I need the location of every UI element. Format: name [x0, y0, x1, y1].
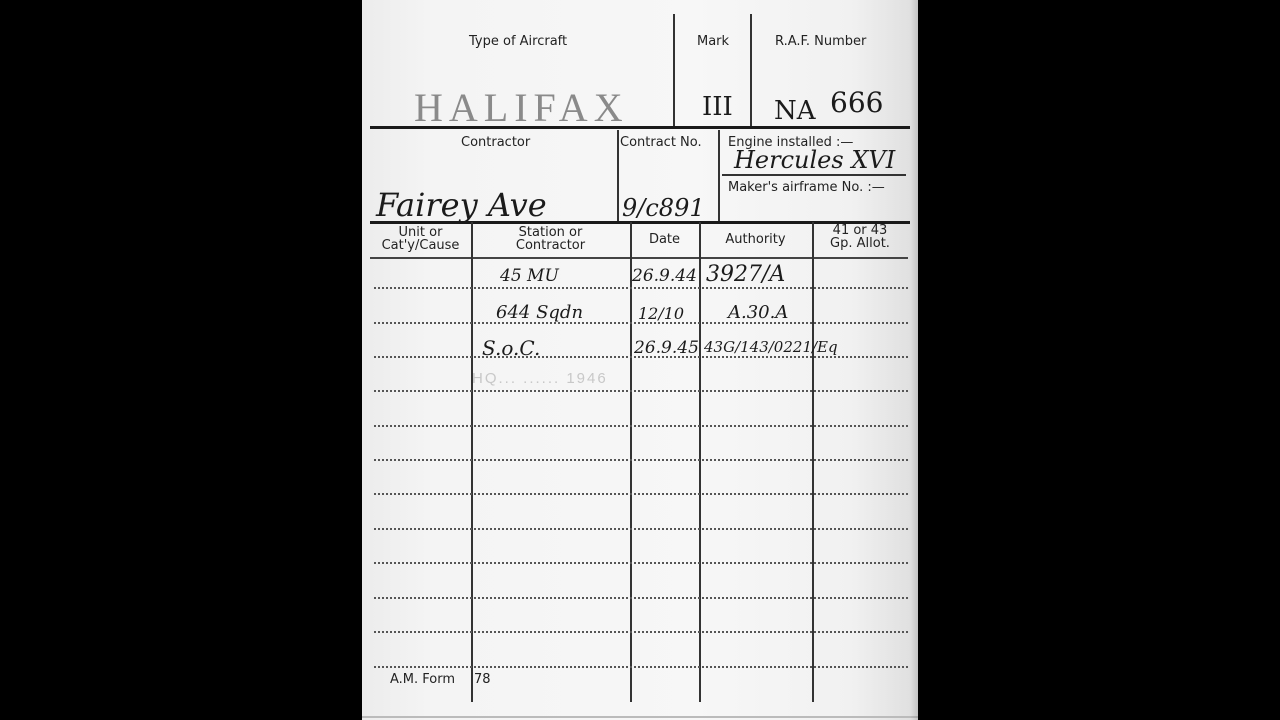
raf-number-prefix: NA [774, 96, 816, 126]
raf-number-divider [750, 14, 752, 126]
row-line [374, 425, 908, 427]
row-line [374, 631, 908, 633]
column-header-station: Station or Contractor [471, 226, 630, 252]
aircraft-movement-card: Type of Aircraft Mark R.A.F. Number HALI… [362, 0, 918, 720]
column-header-unit: Unit or Cat'y/Cause [370, 226, 471, 252]
contractor-value: Fairey Ave [376, 186, 547, 224]
engine-underline [722, 174, 906, 176]
faint-stamp: HQ... ...... 1946 [472, 370, 608, 387]
form-id-label: A.M. Form [390, 672, 455, 687]
row-line [374, 562, 908, 564]
table-header-rule [370, 257, 908, 259]
header-rule [370, 126, 910, 129]
makers-airframe-label: Maker's airframe No. :— [728, 180, 885, 195]
engine-divider [718, 130, 720, 222]
raf-number-label: R.A.F. Number [775, 34, 866, 49]
mark-label: Mark [697, 34, 729, 49]
row-3-station: S.o.C. [482, 336, 540, 360]
row-1-station: 45 MU [500, 266, 559, 286]
raf-number-value: 666 [830, 86, 883, 119]
column-divider-4 [812, 222, 814, 702]
row-3-authority: 43G/143/0221/Eq [704, 338, 838, 356]
column-header-group-allot: 41 or 43 Gp. Allot. [812, 224, 908, 250]
row-line [374, 287, 908, 289]
row-line [374, 666, 908, 668]
column-header-authority: Authority [699, 226, 812, 246]
contract-no-divider [617, 130, 619, 222]
column-divider-3 [699, 222, 701, 702]
row-line [374, 493, 908, 495]
contractor-label: Contractor [461, 135, 530, 150]
form-number: 78 [474, 672, 491, 687]
column-divider-2 [630, 222, 632, 702]
engine-value: Hercules XVI [734, 146, 895, 174]
row-2-date: 12/10 [638, 304, 684, 323]
row-2-authority: A.30.A [728, 302, 788, 323]
row-line [374, 597, 908, 599]
row-1-authority: 3927/A [706, 262, 785, 287]
row-1-date: 26.9.44 [632, 266, 697, 286]
column-divider-1 [471, 222, 473, 702]
row-line [374, 459, 908, 461]
row-line [374, 528, 908, 530]
row-2-station: 644 Sqdn [496, 302, 583, 323]
mark-value: III [702, 92, 733, 122]
type-of-aircraft-label: Type of Aircraft [469, 34, 567, 49]
aircraft-type-stamp: HALIFAX [414, 84, 629, 131]
column-header-date: Date [630, 226, 699, 246]
row-line [374, 390, 908, 392]
mark-divider [673, 14, 675, 126]
card-bottom-edge [362, 716, 918, 718]
contract-no-value: 9/c891 [622, 194, 705, 222]
contract-no-label: Contract No. [620, 135, 702, 150]
row-3-date: 26.9.45 [634, 338, 699, 358]
